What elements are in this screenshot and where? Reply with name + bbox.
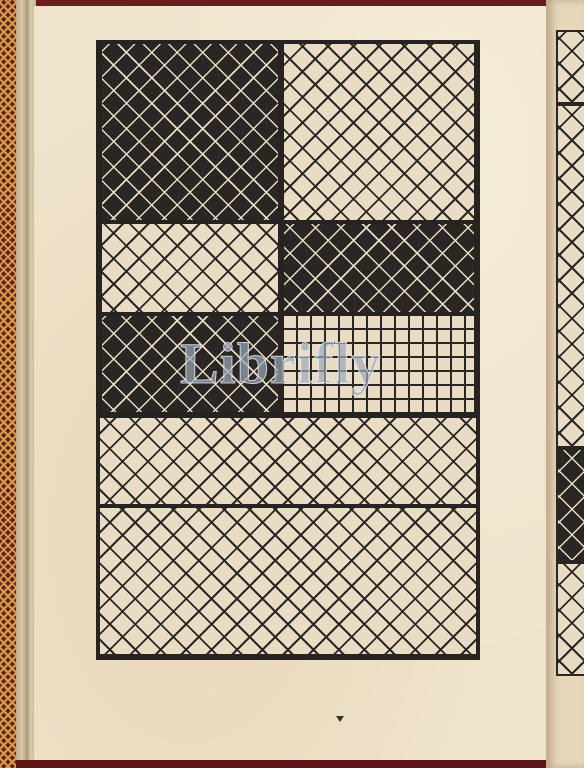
panel-mid-right [284,224,474,312]
panel-mid-left [102,224,278,312]
panel-top-right [284,44,474,220]
right-plate-fragment [556,562,584,676]
page-mark [336,716,344,722]
band-triangles [100,418,476,504]
gilt-binding-spine [0,0,16,768]
binding-bottom-edge [16,760,546,768]
right-plate-fragment [556,448,584,562]
panel-top-left [102,44,278,220]
right-page-edge [546,0,584,768]
right-plate-fragment [556,30,584,104]
page-edges [16,0,36,768]
watermark-text: Librifly [180,330,381,397]
band-trees [100,508,476,654]
right-plate-fragment [556,104,584,448]
